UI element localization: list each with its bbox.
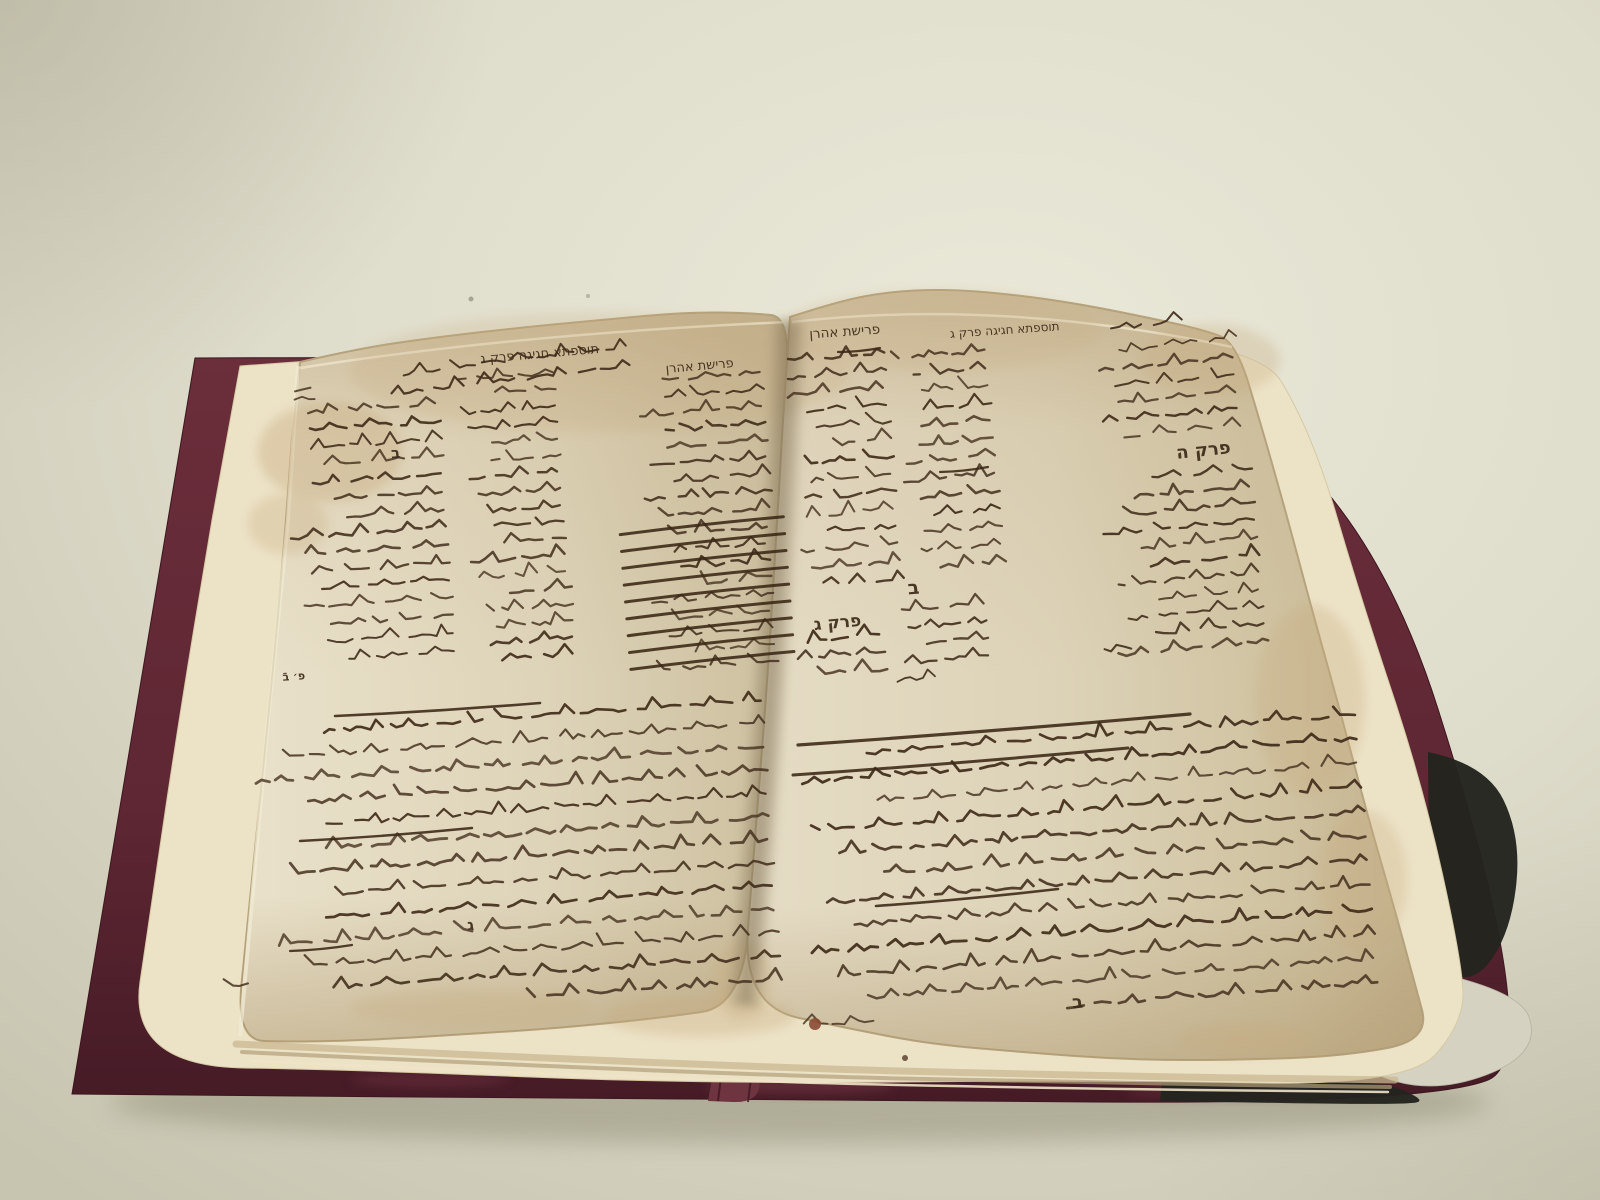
paper-stain — [248, 494, 328, 554]
spot — [902, 1055, 908, 1061]
paper-stain — [1255, 605, 1365, 795]
spot — [809, 1018, 821, 1030]
paper-stain — [1180, 1024, 1310, 1056]
bold-section-mark: פ׳ בֿ — [282, 669, 306, 684]
photo: Photograph of an open antique handwritte… — [0, 0, 1600, 1200]
paper-stain — [1317, 810, 1407, 950]
bold-section-mark: פרק ג — [813, 611, 862, 635]
paper-stain — [1140, 324, 1280, 396]
spot — [469, 297, 474, 302]
spot — [586, 294, 590, 298]
bold-section-mark: ב — [390, 444, 400, 463]
manuscript-photo: Photograph of an open antique handwritte… — [0, 0, 1600, 1200]
bold-section-mark: ב — [907, 577, 920, 600]
bold-section-mark: ב — [1071, 992, 1083, 1014]
